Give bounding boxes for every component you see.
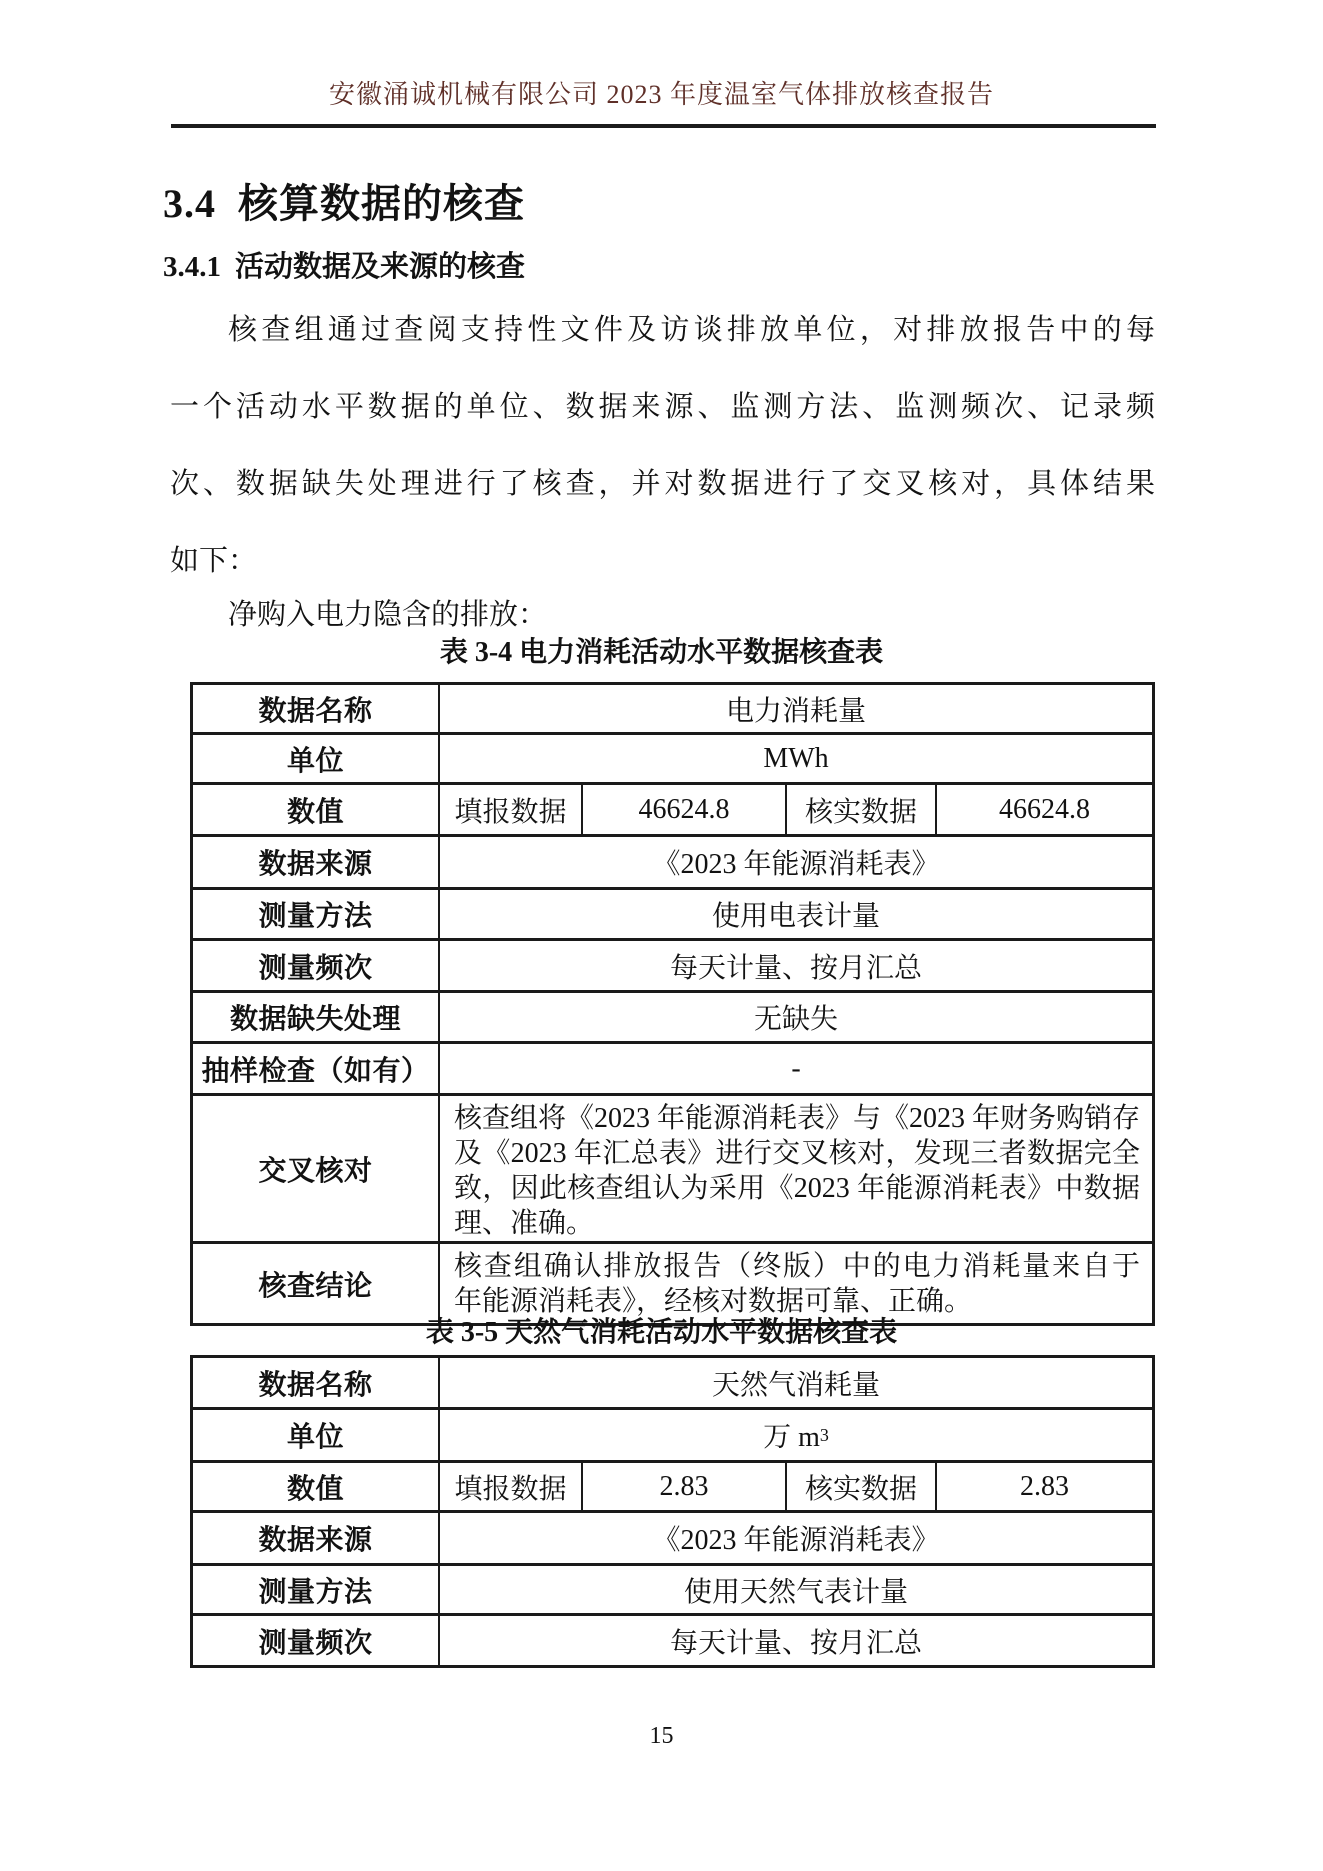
row-label: 数值 — [193, 1463, 438, 1510]
row-label: 单位 — [193, 735, 438, 782]
reported-label: 填报数据 — [438, 785, 581, 834]
table-row-source: 数据来源 《2023 年能源消耗表》 — [193, 837, 1152, 890]
row-label: 数据来源 — [193, 837, 438, 887]
table35: 数据名称 天然气消耗量 单位 万 m3 数值 填报数据 2.83 核实数据 2.… — [190, 1355, 1155, 1668]
row-value: 电力消耗量 — [438, 685, 1152, 732]
table-row-method: 测量方法 使用电表计量 — [193, 890, 1152, 941]
row-value: 每天计量、按月汇总 — [438, 941, 1152, 990]
row-value: 《2023 年能源消耗表》 — [438, 1513, 1152, 1563]
document-page: 安徽涌诚机械有限公司 2023 年度温室气体排放核查报告 3.4核算数据的核查 … — [0, 0, 1323, 1871]
row-value: 《2023 年能源消耗表》 — [438, 837, 1152, 887]
row-value: 核查组确认排放报告（终版）中的电力消耗量来自于《2023 年能源消耗表》，经核对… — [438, 1244, 1152, 1323]
intro-paragraph: 核查组通过查阅支持性文件及访谈排放单位，对排放报告中的每 一个活动水平数据的单位… — [170, 292, 1155, 600]
row-value: 使用天然气表计量 — [438, 1566, 1152, 1613]
cell-line: 核查组将《2023 年能源消耗表》与《2023 年财务购销存表》 — [454, 1101, 1140, 1136]
table-row-sampling: 抽样检查（如有） - — [193, 1044, 1152, 1096]
subsection-number: 3.4.1 — [163, 251, 221, 283]
table34-title: 表 3-4 电力消耗活动水平数据核查表 — [0, 636, 1323, 670]
table-row-data-name: 数据名称 电力消耗量 — [193, 685, 1152, 735]
verified-value: 2.83 — [935, 1463, 1152, 1510]
paragraph-line: 次、数据缺失处理进行了核查，并对数据进行了交叉核对，具体结果 — [170, 446, 1155, 523]
cell-line: 及《2023 年汇总表》进行交叉核对，发现三者数据完全一 — [454, 1136, 1140, 1171]
row-label: 核查结论 — [193, 1244, 438, 1323]
row-value: 无缺失 — [438, 993, 1152, 1041]
section-heading: 3.4核算数据的核查 — [163, 180, 525, 228]
reported-value: 2.83 — [581, 1463, 785, 1510]
header-rule — [171, 124, 1156, 128]
table-row-unit: 单位 万 m3 — [193, 1410, 1152, 1463]
table-row-data-name: 数据名称 天然气消耗量 — [193, 1358, 1152, 1410]
reported-value: 46624.8 — [581, 785, 785, 834]
row-label: 数据名称 — [193, 685, 438, 732]
row-value: 使用电表计量 — [438, 890, 1152, 938]
paragraph-line: 一个活动水平数据的单位、数据来源、监测方法、监测频次、记录频 — [170, 369, 1155, 446]
row-label: 测量频次 — [193, 941, 438, 990]
row-value: 每天计量、按月汇总 — [438, 1616, 1152, 1665]
table-row-figure: 数值 填报数据 46624.8 核实数据 46624.8 — [193, 785, 1152, 837]
row-label: 抽样检查（如有） — [193, 1044, 438, 1093]
verified-value: 46624.8 — [935, 785, 1152, 834]
row-value: 万 m3 — [438, 1410, 1152, 1460]
row-value: 天然气消耗量 — [438, 1358, 1152, 1407]
cell-line: 理、准确。 — [454, 1206, 1140, 1241]
page-number: 15 — [0, 1723, 1323, 1750]
reported-label: 填报数据 — [438, 1463, 581, 1510]
row-value: 核查组将《2023 年能源消耗表》与《2023 年财务购销存表》 及《2023 … — [438, 1096, 1152, 1241]
verified-label: 核实数据 — [785, 785, 935, 834]
row-value: MWh — [438, 735, 1152, 782]
subsection-title: 活动数据及来源的核查 — [235, 251, 525, 283]
cell-line: 致，因此核查组认为采用《2023 年能源消耗表》中数据合 — [454, 1171, 1140, 1206]
row-label: 测量方法 — [193, 1566, 438, 1613]
row-label: 测量频次 — [193, 1616, 438, 1665]
table-row-figure: 数值 填报数据 2.83 核实数据 2.83 — [193, 1463, 1152, 1513]
table-row-frequency: 测量频次 每天计量、按月汇总 — [193, 1616, 1152, 1665]
section-number: 3.4 — [163, 181, 216, 226]
row-label: 测量方法 — [193, 890, 438, 938]
row-label: 单位 — [193, 1410, 438, 1460]
table-row-crosscheck: 交叉核对 核查组将《2023 年能源消耗表》与《2023 年财务购销存表》 及《… — [193, 1096, 1152, 1244]
paragraph-line: 核查组通过查阅支持性文件及访谈排放单位，对排放报告中的每 — [170, 292, 1155, 369]
row-label: 数据来源 — [193, 1513, 438, 1563]
table-row-unit: 单位 MWh — [193, 735, 1152, 785]
table-row-method: 测量方法 使用天然气表计量 — [193, 1566, 1152, 1616]
unit-base: 万 m — [763, 1415, 820, 1455]
header-title: 安徽涌诚机械有限公司 2023 年度温室气体排放核查报告 — [0, 79, 1323, 111]
row-value: - — [438, 1044, 1152, 1093]
cell-line: 核查组确认排放报告（终版）中的电力消耗量来自于《2023 — [454, 1249, 1140, 1284]
cell-line: 年能源消耗表》，经核对数据可靠、正确。 — [454, 1284, 1140, 1319]
table-row-conclusion: 核查结论 核查组确认排放报告（终版）中的电力消耗量来自于《2023 年能源消耗表… — [193, 1244, 1152, 1323]
row-label: 数据缺失处理 — [193, 993, 438, 1041]
subsection-heading: 3.4.1活动数据及来源的核查 — [163, 249, 525, 285]
table-row-source: 数据来源 《2023 年能源消耗表》 — [193, 1513, 1152, 1566]
table-row-frequency: 测量频次 每天计量、按月汇总 — [193, 941, 1152, 993]
row-label: 数据名称 — [193, 1358, 438, 1407]
verified-label: 核实数据 — [785, 1463, 935, 1510]
row-label: 数值 — [193, 785, 438, 834]
table35-title: 表 3-5 天然气消耗活动水平数据核查表 — [0, 1316, 1323, 1350]
table34: 数据名称 电力消耗量 单位 MWh 数值 填报数据 46624.8 核实数据 4… — [190, 682, 1155, 1326]
row-label: 交叉核对 — [193, 1096, 438, 1241]
table-row-missing: 数据缺失处理 无缺失 — [193, 993, 1152, 1044]
section-title: 核算数据的核查 — [238, 181, 525, 226]
